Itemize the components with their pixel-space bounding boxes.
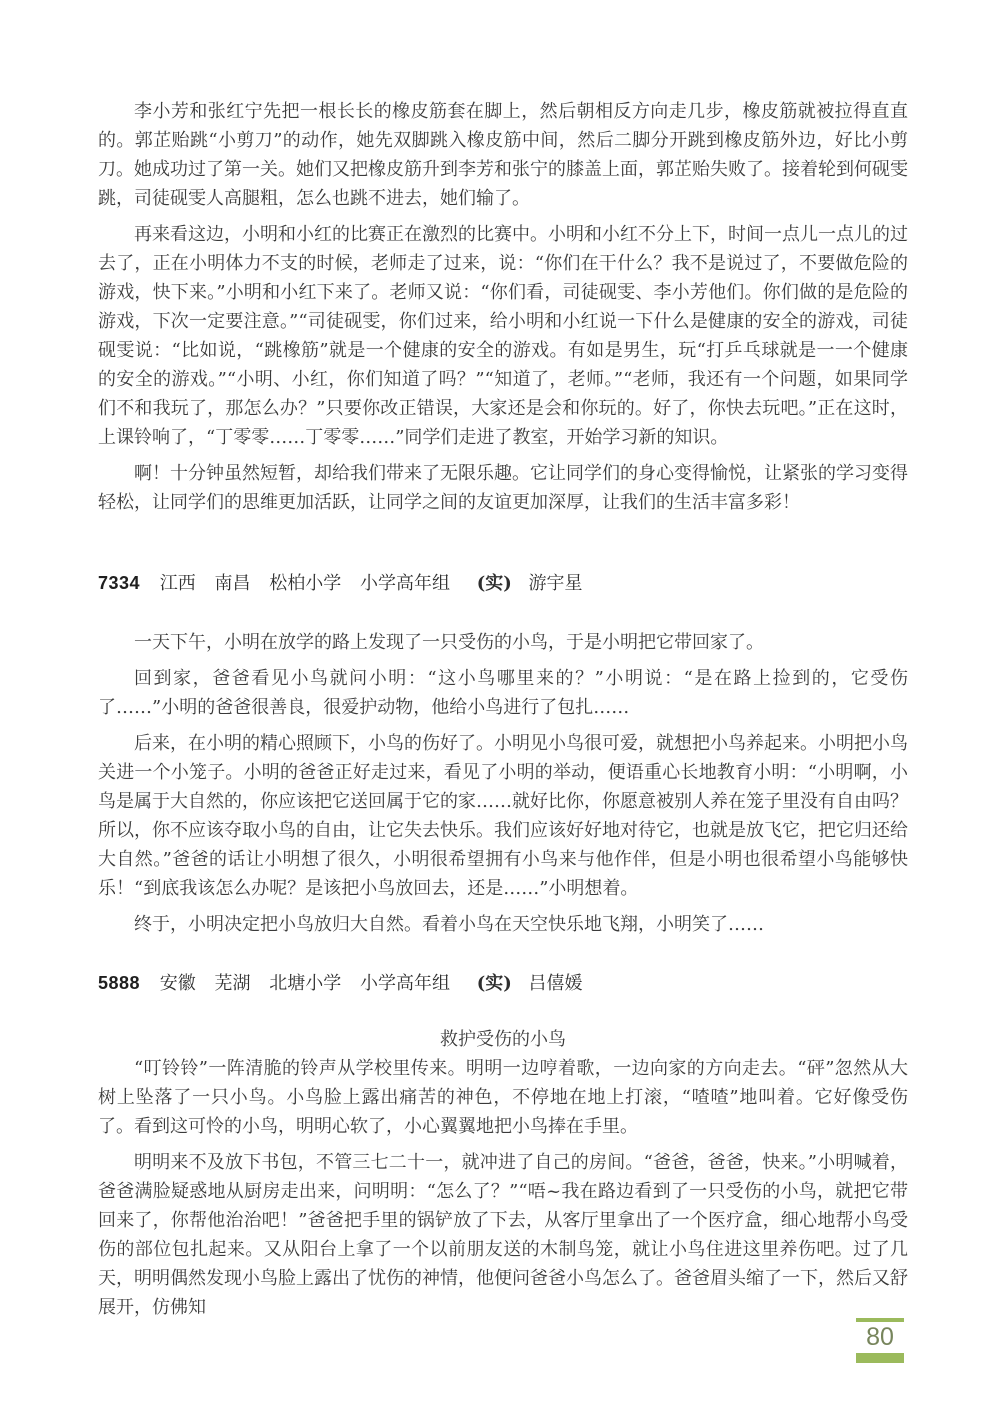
entry-city: 南昌 bbox=[215, 569, 251, 598]
essay-7334: 一天下午，小明在放学的路上发现了一只受伤的小鸟，于是小明把它带回家了。 回到家，… bbox=[98, 628, 908, 939]
essay-5888: “叮铃铃”一阵清脆的铃声从学校里传来。明明一边哼着歌，一边向家的方向走去。“砰”… bbox=[98, 1054, 908, 1322]
entry-group: 小学高年组 bbox=[360, 569, 450, 598]
paragraph: 明明来不及放下书包，不管三七二十一，就冲进了自己的房间。“爸爸，爸爸，快来。”小… bbox=[98, 1148, 908, 1322]
document-page: 李小芳和张红宁先把一根长长的橡皮筋套在脚上，然后朝相反方向走几步，橡皮筋就被拉得… bbox=[0, 0, 992, 1403]
entry-province: 安徽 bbox=[160, 969, 196, 998]
entry-school: 北塘小学 bbox=[269, 969, 341, 998]
entry-header-5888: 5888 安徽 芜湖 北塘小学 小学高年组 (实) 吕僖媛 bbox=[98, 969, 908, 998]
entry-id: 7334 bbox=[98, 569, 140, 598]
entry-header-7334: 7334 江西 南昌 松柏小学 小学高年组 (实) 游宇星 bbox=[98, 569, 908, 598]
paragraph: “叮铃铃”一阵清脆的铃声从学校里传来。明明一边哼着歌，一边向家的方向走去。“砰”… bbox=[98, 1054, 908, 1141]
entry-author: 吕僖媛 bbox=[529, 969, 583, 998]
paragraph: 终于，小明决定把小鸟放归大自然。看着小鸟在天空快乐地飞翔，小明笑了…… bbox=[98, 910, 908, 939]
paragraph: 啊！十分钟虽然短暂，却给我们带来了无限乐趣。它让同学们的身心变得愉悦，让紧张的学… bbox=[98, 459, 908, 517]
paragraph: 一天下午，小明在放学的路上发现了一只受伤的小鸟，于是小明把它带回家了。 bbox=[98, 628, 908, 657]
entry-tag: (实) bbox=[477, 569, 512, 598]
entry-id: 5888 bbox=[98, 969, 140, 998]
paragraph: 回到家，爸爸看见小鸟就问小明：“这小鸟哪里来的？”小明说：“是在路上捡到的，它受… bbox=[98, 664, 908, 722]
page-content: 李小芳和张红宁先把一根长长的橡皮筋套在脚上，然后朝相反方向走几步，橡皮筋就被拉得… bbox=[98, 97, 908, 1329]
page-number-bottom-rule bbox=[856, 1353, 904, 1363]
essay-continuation: 李小芳和张红宁先把一根长长的橡皮筋套在脚上，然后朝相反方向走几步，橡皮筋就被拉得… bbox=[98, 97, 908, 517]
paragraph: 再来看这边，小明和小红的比赛正在激烈的比赛中。小明和小红不分上下，时间一点儿一点… bbox=[98, 220, 908, 452]
entry-tag: (实) bbox=[477, 969, 512, 998]
entry-school: 松柏小学 bbox=[269, 569, 341, 598]
essay-title: 救护受伤的小鸟 bbox=[98, 1025, 908, 1054]
entry-group: 小学高年组 bbox=[360, 969, 450, 998]
entry-city: 芜湖 bbox=[215, 969, 251, 998]
page-number: 80 bbox=[856, 1322, 904, 1353]
paragraph: 李小芳和张红宁先把一根长长的橡皮筋套在脚上，然后朝相反方向走几步，橡皮筋就被拉得… bbox=[98, 97, 908, 213]
paragraph: 后来，在小明的精心照顾下，小鸟的伤好了。小明见小鸟很可爱，就想把小鸟养起来。小明… bbox=[98, 729, 908, 903]
page-number-block: 80 bbox=[856, 1318, 904, 1363]
entry-author: 游宇星 bbox=[529, 569, 583, 598]
entry-province: 江西 bbox=[160, 569, 196, 598]
